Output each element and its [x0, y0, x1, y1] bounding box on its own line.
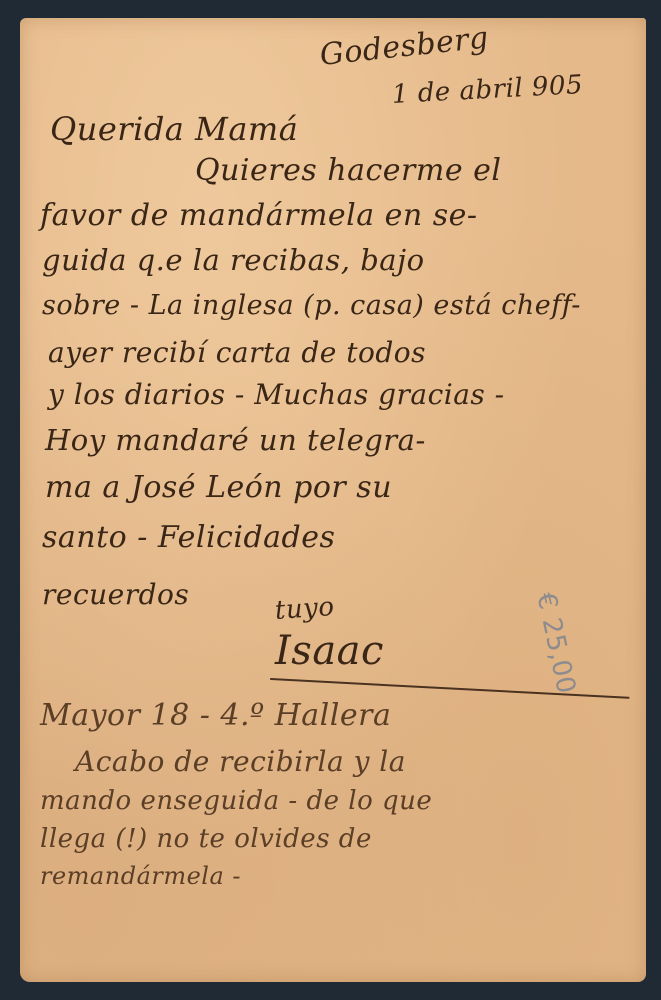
postscript-heading: Mayor 18 - 4.º Hallera — [40, 698, 391, 733]
postscript-line: Acabo de recibirla y la — [75, 745, 406, 778]
body-line: Quieres hacerme el — [195, 153, 501, 188]
signature: Isaac — [275, 628, 384, 674]
body-line: ayer recibí carta de todos — [48, 336, 426, 369]
postcard: Godesberg 1 de abril 905 Querida Mamá Qu… — [20, 18, 646, 982]
body-line: santo - Felicidades — [42, 520, 335, 555]
body-line: ma a José León por su — [45, 470, 392, 505]
body-line: y los diarios - Muchas gracias - — [48, 378, 505, 411]
place-heading: Godesberg — [318, 20, 490, 73]
postscript-line: mando enseguida - de lo que — [40, 786, 432, 816]
body-line: guida q.e la recibas, bajo — [42, 243, 425, 277]
body-line: Hoy mandaré un telegra- — [45, 423, 426, 457]
salutation: Querida Mamá — [50, 110, 298, 148]
body-line: favor de mandármela en se- — [40, 198, 478, 233]
postscript-line: remandármela - — [40, 862, 241, 890]
body-line: sobre - La inglesa (p. casa) está cheff- — [42, 290, 581, 321]
body-line: recuerdos — [42, 578, 189, 611]
pencil-price-annotation: € 25,00 — [530, 590, 581, 697]
date-heading: 1 de abril 905 — [391, 70, 584, 110]
closing: tuyo — [274, 592, 335, 626]
postscript-line: llega (!) no te olvides de — [40, 824, 372, 854]
